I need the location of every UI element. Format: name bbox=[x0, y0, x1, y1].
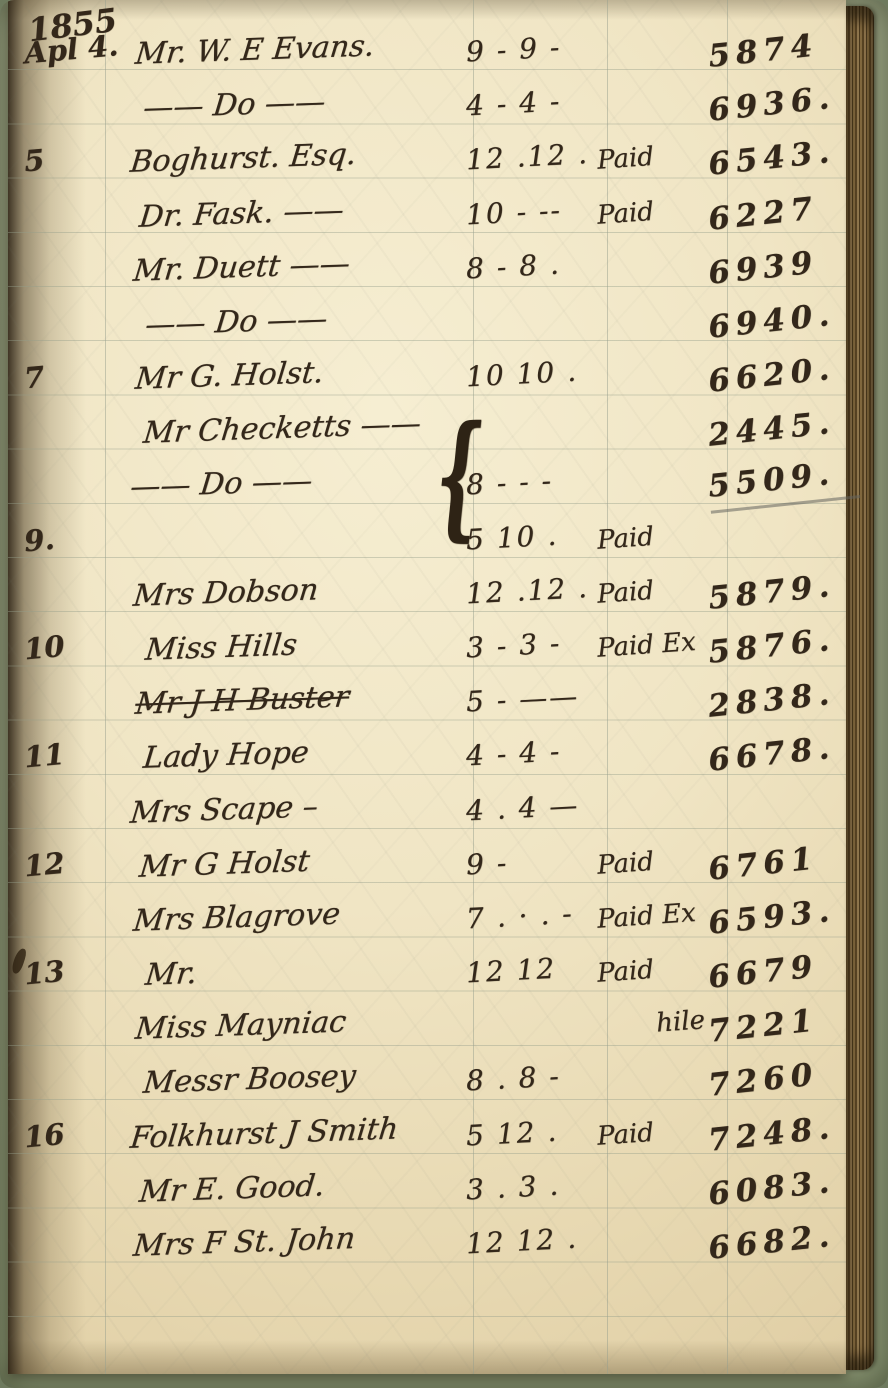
row-status: Paid Ex bbox=[595, 614, 707, 675]
row-number: 5509. bbox=[706, 448, 861, 514]
row-name: —— Do —— bbox=[127, 450, 464, 515]
row-amount: 9 - 9 - bbox=[465, 19, 598, 80]
row-amount: 12 .12 . bbox=[465, 127, 598, 188]
ledger-row: Mr J H Buster 5 - —— 2838. bbox=[0, 672, 888, 726]
row-amount: 8 - - - bbox=[465, 452, 598, 513]
row-amount: 4 - 4 - bbox=[465, 73, 598, 134]
row-status: Paid bbox=[595, 181, 707, 242]
row-date: 5 bbox=[22, 126, 126, 189]
row-date: 13 bbox=[22, 939, 126, 1002]
row-status: Paid bbox=[595, 1102, 707, 1163]
ledger-row: Mr E. Good. 3 . 3 . 6083. bbox=[0, 1160, 888, 1214]
row-date: 9. bbox=[22, 505, 126, 568]
row-date: 16 bbox=[22, 1101, 126, 1164]
row-status: Paid bbox=[595, 506, 707, 567]
ledger-row: Messr Boosey 8 . 8 - 7260 bbox=[0, 1051, 888, 1105]
ledger-row: 11 Lady Hope 4 - 4 - 6678. bbox=[0, 726, 888, 780]
row-amount: 8 . 8 - bbox=[465, 1048, 598, 1109]
ledger-row: 10 Miss Hills 3 - 3 - Paid Ex 5876. bbox=[0, 618, 888, 672]
ledger-row: 5 Boghurst. Esq. 12 .12 . Paid 6543. bbox=[0, 130, 888, 184]
row-amount: 5 12 . bbox=[465, 1102, 598, 1163]
ledger-row: 9. 5 10 . Paid bbox=[0, 510, 888, 564]
ledger-page-scan: 1855 { Apl 4. Mr. W. E Evans. 9 - 9 - 58… bbox=[0, 0, 888, 1388]
ledger-row: 7 Mr G. Holst. 10 10 . 6620. bbox=[0, 347, 888, 401]
row-amount: 10 10 . bbox=[465, 344, 598, 405]
ledger-row: Mrs Scape – 4 . 4 — bbox=[0, 781, 888, 835]
row-status: Paid bbox=[595, 831, 707, 892]
ledger-row: Mrs F St. John 12 12 . 6682. bbox=[0, 1214, 888, 1268]
row-amount: 5 10 . bbox=[465, 506, 598, 567]
row-status: Paid bbox=[595, 127, 707, 188]
ledger-row: 13 Mr. 12 12 Paid 6679 bbox=[0, 943, 888, 997]
row-amount: 4 - 4 - bbox=[465, 723, 598, 784]
ledger-row: —— Do —— 8 - - - 5509. bbox=[0, 455, 888, 509]
row-amount: 12 12 bbox=[465, 940, 598, 1001]
ledger-row: Apl 4. Mr. W. E Evans. 9 - 9 - 5874 bbox=[0, 22, 888, 76]
row-status: hile bbox=[595, 994, 707, 1055]
ledger-rows: Apl 4. Mr. W. E Evans. 9 - 9 - 5874 —— D… bbox=[0, 0, 888, 1388]
ledger-row: 16 Folkhurst J Smith 5 12 . Paid 7248. bbox=[0, 1106, 888, 1160]
row-date: 11 bbox=[22, 722, 126, 785]
row-amount: 12 .12 . bbox=[465, 560, 598, 621]
row-status: Paid bbox=[595, 939, 707, 1000]
row-number: 6678. bbox=[706, 719, 861, 788]
ledger-row: Mr. Duett —— 8 - 8 . 6939 bbox=[0, 239, 888, 293]
ledger-row: Miss Mayniac hile 7221 bbox=[0, 997, 888, 1051]
row-name: Boghurst. Esq. bbox=[127, 125, 464, 190]
ledger-row: 12 Mr G Holst 9 - Paid 6761 bbox=[0, 835, 888, 889]
ledger-row: Dr. Fask. —— 10 - -- Paid 6227 bbox=[0, 185, 888, 239]
ledger-row: —— Do —— 4 - 4 - 6936. bbox=[0, 76, 888, 130]
row-date: 7 bbox=[22, 343, 126, 406]
row-amount: 8 - 8 . bbox=[465, 235, 598, 296]
row-number: 6682. bbox=[706, 1206, 861, 1275]
row-amount: 3 . 3 . bbox=[465, 1156, 598, 1217]
row-date: 10 bbox=[22, 614, 126, 677]
row-amount: 7 . · . - bbox=[465, 886, 598, 947]
ledger-row: Mr Checketts —— 2445. bbox=[0, 401, 888, 455]
row-amount: 12 12 . bbox=[465, 1211, 598, 1272]
row-status: Paid bbox=[595, 560, 707, 621]
row-amount: 5 - —— bbox=[465, 669, 598, 730]
row-status bbox=[597, 18, 705, 26]
row-date: 12 bbox=[22, 830, 126, 893]
row-status: Paid Ex bbox=[595, 885, 707, 946]
row-amount: 3 - 3 - bbox=[465, 615, 598, 676]
row-name: Mrs F St. John bbox=[130, 1208, 467, 1273]
ledger-row: —— Do —— 6940. bbox=[0, 293, 888, 347]
row-date: Apl 4. bbox=[22, 18, 126, 81]
ledger-row: Mrs Blagrove 7 . · . - Paid Ex 6593. bbox=[0, 889, 888, 943]
row-amount: 9 - bbox=[465, 831, 598, 892]
row-amount: 10 - -- bbox=[465, 181, 598, 242]
ledger-row: Mrs Dobson 12 .12 . Paid 5879. bbox=[0, 564, 888, 618]
row-amount: 4 . 4 — bbox=[465, 777, 598, 838]
